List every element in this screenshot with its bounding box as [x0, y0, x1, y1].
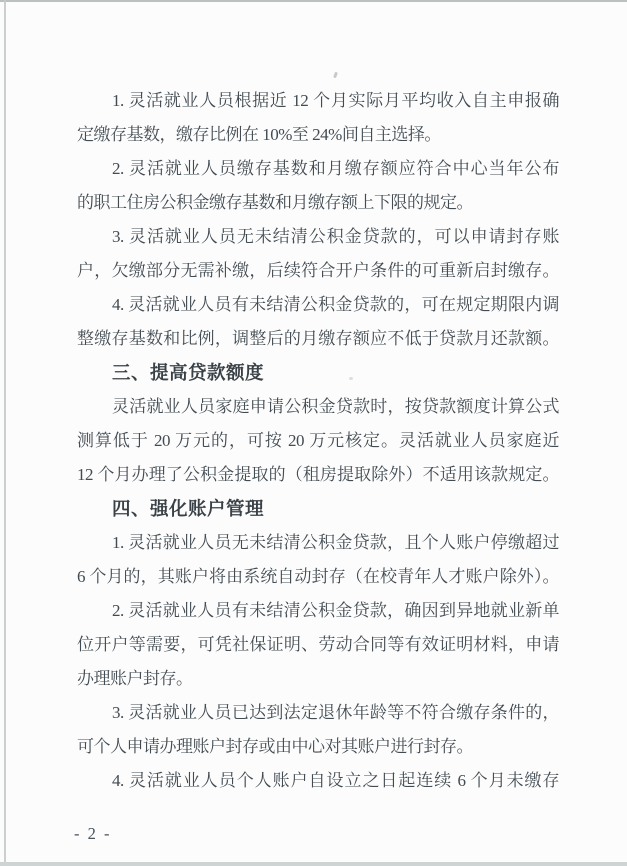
scanned-page: 1. 灵活就业人员根据近 12 个月实际月平均收入自主申报确定缴存基数，缴存比例… [0, 0, 627, 866]
text-line: 定缴存基数，缴存比例在 10%至 24%间自主选择。 [77, 118, 559, 152]
text-line: 1. 灵活就业人员根据近 12 个月实际月平均收入自主申报确 [77, 84, 559, 118]
text-line: 办理账户封存。 [77, 662, 559, 696]
text-line: 1. 灵活就业人员无未结清公积金贷款，且个人账户停缴超过 [77, 526, 559, 560]
text-line: 可个人申请办理账户封存或由中心对其账户进行封存。 [77, 730, 559, 764]
scan-edge-bottom [0, 862, 627, 866]
text-line: 12 个月办理了公积金提取的（租房提取除外）不适用该款规定。 [77, 458, 559, 492]
text-line: 2. 灵活就业人员有未结清公积金贷款，确因到异地就业新单 [77, 594, 559, 628]
text-line: 2. 灵活就业人员缴存基数和月缴存额应符合中心当年公布 [77, 152, 559, 186]
text-line: 的职工住房公积金缴存基数和月缴存额上下限的规定。 [77, 186, 559, 220]
text-line: 整缴存基数和比例，调整后的月缴存额应不低于贷款月还款额。 [77, 322, 559, 356]
text-line: 户，欠缴部分无需补缴，后续符合开户条件的可重新启封缴存。 [77, 254, 559, 288]
page-number: - 2 - [74, 824, 112, 844]
text-line: 灵活就业人员家庭申请公积金贷款时，按贷款额度计算公式 [77, 390, 559, 424]
text-line: 位开户等需要，可凭社保证明、劳动合同等有效证明材料，申请 [77, 628, 559, 662]
section-heading: 三、提高贷款额度 [77, 356, 559, 390]
text-line: 3. 灵活就业人员无未结清公积金贷款的，可以申请封存账 [77, 220, 559, 254]
text-line: 测算低于 20 万元的，可按 20 万元核定。灵活就业人员家庭近 [77, 424, 559, 458]
section-heading: 四、强化账户管理 [77, 492, 559, 526]
text-line: 3. 灵活就业人员已达到法定退休年龄等不符合缴存条件的， [77, 696, 559, 730]
text-line: 6 个月的，其账户将由系统自动封存（在校青年人才账户除外）。 [77, 560, 559, 594]
document-body: 1. 灵活就业人员根据近 12 个月实际月平均收入自主申报确定缴存基数，缴存比例… [77, 84, 559, 798]
text-line: 4. 灵活就业人员有未结清公积金贷款的，可在规定期限内调 [77, 288, 559, 322]
scan-speck [333, 72, 338, 79]
scan-edge-top [0, 0, 627, 2]
scan-edge-left [4, 0, 6, 866]
text-line: 4. 灵活就业人员个人账户自设立之日起连续 6 个月未缴存 [77, 764, 559, 798]
